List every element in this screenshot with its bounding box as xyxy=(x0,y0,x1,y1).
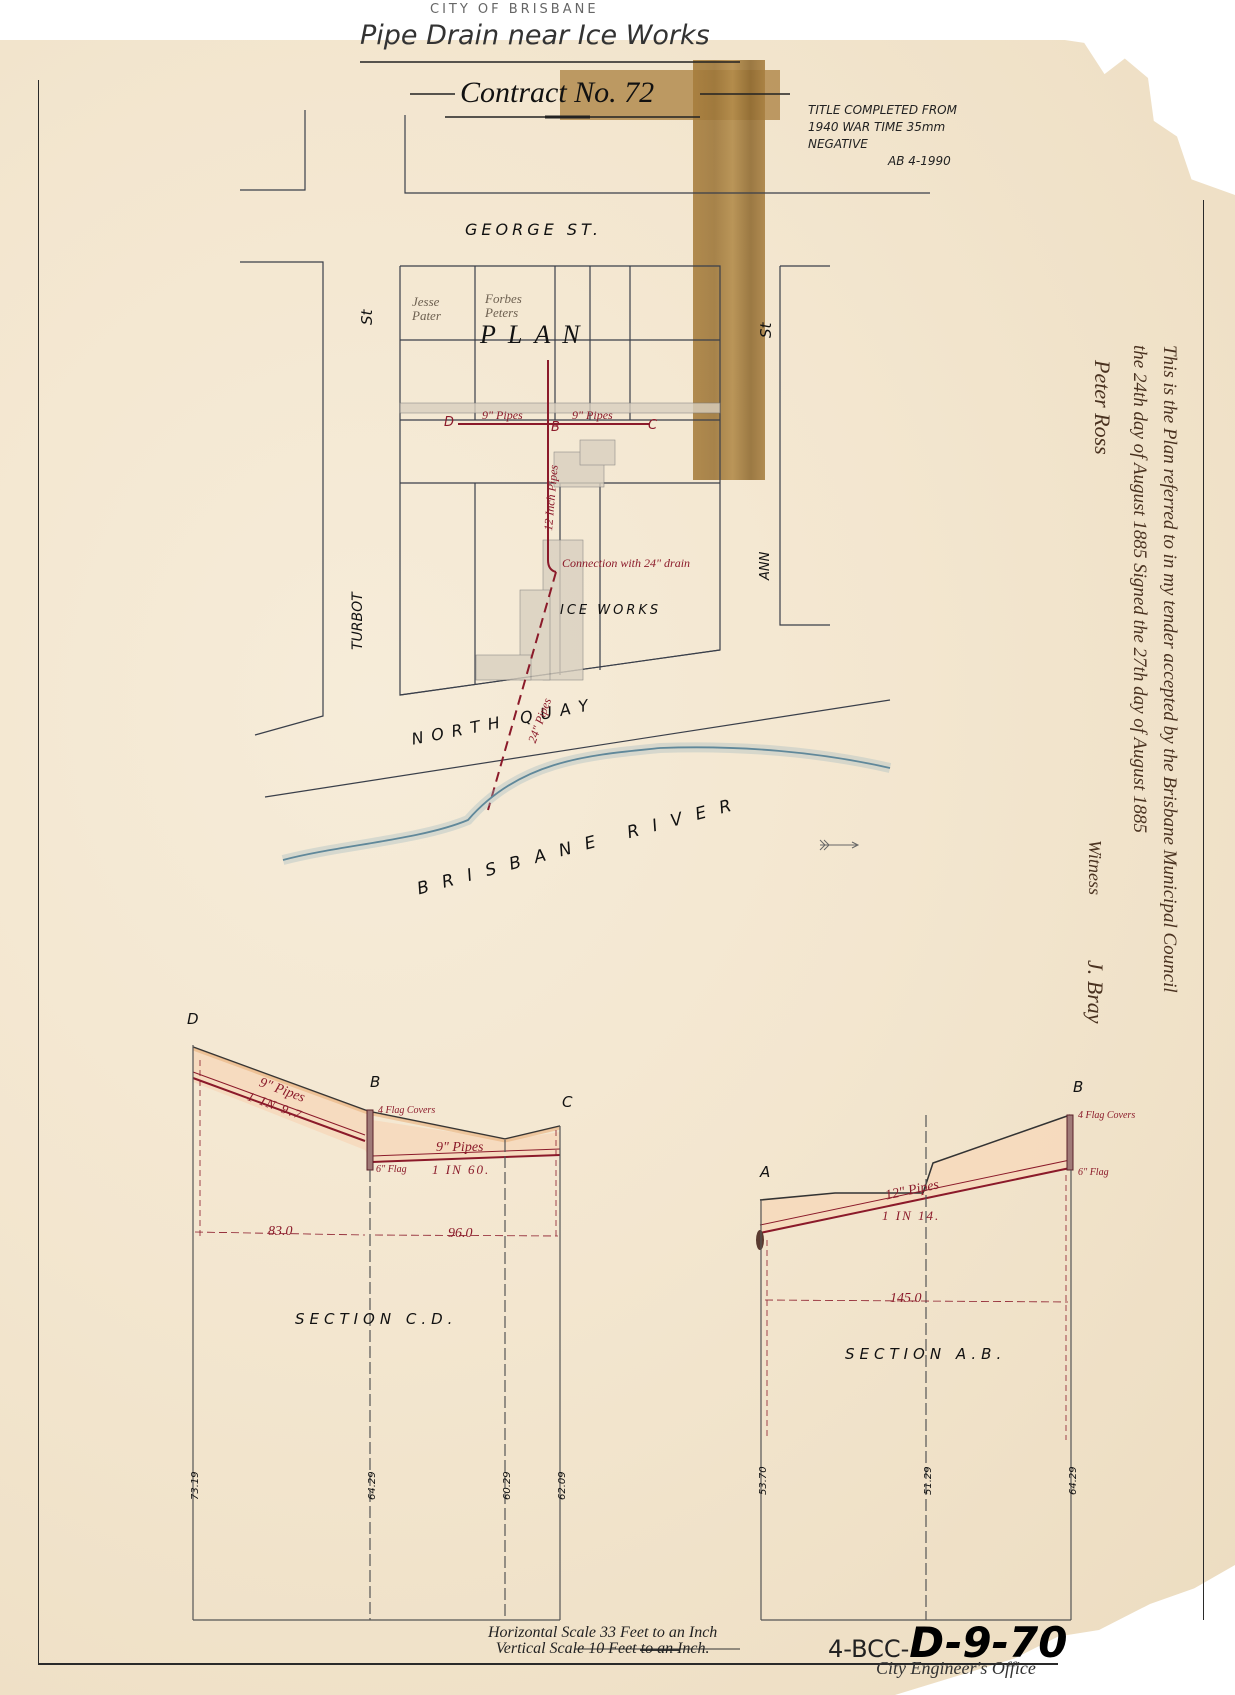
horizontal-scale: Horizontal Scale 33 Feet to an Inch xyxy=(488,1625,717,1641)
section-ab-flag-covers: 4 Flag Covers xyxy=(1078,1110,1135,1121)
street-george: GEORGE ST. xyxy=(465,220,602,239)
north-arrow xyxy=(820,840,858,850)
plan-point-c: C xyxy=(648,418,657,433)
plan-point-b: B xyxy=(551,420,560,435)
margin-note-witness: Witness xyxy=(1084,840,1105,895)
plan-point-d: D xyxy=(444,415,454,430)
section-ab-grade: 1 IN 14. xyxy=(882,1208,940,1224)
plan-hatching xyxy=(400,403,720,680)
datum-value: 53.70 xyxy=(758,1466,769,1495)
margin-note-signature: J. Bray xyxy=(1082,960,1108,1024)
street-turbot-suffix: St xyxy=(358,310,376,325)
datum-value: 51.29 xyxy=(923,1466,934,1495)
contract-number: Contract No. 72 xyxy=(460,76,654,110)
archive-note-line: NEGATIVE xyxy=(808,136,988,153)
section-cd-point-d: D xyxy=(187,1010,199,1028)
section-cd-grade-right: 1 IN 60. xyxy=(432,1162,490,1178)
pipe-label-right: 9" Pipes xyxy=(572,408,613,423)
authority-label: CITY OF BRISBANE xyxy=(430,2,599,17)
datum-value: 73.19 xyxy=(190,1471,201,1500)
archive-note-line: TITLE COMPLETED FROM xyxy=(808,102,988,119)
office-signature: City Engineer's Office xyxy=(876,1658,1036,1679)
margin-note-line: This is the Plan referred to in my tende… xyxy=(1158,345,1180,993)
section-ab-title: SECTION A.B. xyxy=(845,1345,1006,1363)
scale-note: Horizontal Scale 33 Feet to an Inch Vert… xyxy=(488,1625,717,1657)
section-cd-pipe-right: 9" Pipes xyxy=(436,1140,483,1156)
datum-value: 62.09 xyxy=(557,1471,568,1500)
datum-value: 64.29 xyxy=(1068,1466,1079,1495)
drawing-canvas xyxy=(0,0,1235,1695)
pipe-label-left: 9" Pipes xyxy=(482,408,523,423)
section-cd-flag: 6" Flag xyxy=(376,1164,407,1175)
margin-note-signature: Peter Ross xyxy=(1089,360,1115,455)
street-turbot: TURBOT xyxy=(350,592,366,650)
section-cd-dim-left: 83.0 xyxy=(268,1224,293,1240)
section-ab-flag: 6" Flag xyxy=(1078,1167,1109,1178)
section-cd-title: SECTION C.D. xyxy=(295,1310,457,1328)
owner-label: Forbes Peters xyxy=(485,292,530,320)
section-cd-drawing xyxy=(193,1045,560,1620)
street-ann: ANN xyxy=(758,552,773,580)
section-ab-point-a: A xyxy=(760,1163,770,1181)
archive-note-line: 1940 WAR TIME 35mm xyxy=(808,119,988,136)
street-ann-suffix: St xyxy=(757,323,775,338)
archive-signature: AB 4-1990 xyxy=(888,153,988,170)
section-ab-point-b: B xyxy=(1073,1078,1083,1096)
plan-title: PLAN xyxy=(480,320,592,350)
section-cd-flag-covers: 4 Flag Covers xyxy=(378,1105,435,1116)
owner-label: Jesse Pater xyxy=(412,295,452,323)
datum-value: 64.29 xyxy=(367,1471,378,1500)
datum-value: 60.29 xyxy=(502,1471,513,1500)
archive-note: TITLE COMPLETED FROM 1940 WAR TIME 35mm … xyxy=(808,102,988,170)
vertical-scale: Vertical Scale 10 Feet to an Inch. xyxy=(488,1641,717,1657)
section-cd-point-c: C xyxy=(562,1093,572,1111)
pipe-label-connection: Connection with 24" drain xyxy=(562,556,690,571)
section-ab-dim-total: 145.0 xyxy=(890,1291,922,1307)
building-ice-works: ICE WORKS xyxy=(560,603,661,618)
margin-note-line: the 24th day of August 1885 Signed the 2… xyxy=(1128,345,1150,833)
section-cd-dim-right: 96.0 xyxy=(448,1226,473,1242)
section-cd-point-b: B xyxy=(370,1073,380,1091)
drawing-title: Pipe Drain near Ice Works xyxy=(360,20,710,51)
